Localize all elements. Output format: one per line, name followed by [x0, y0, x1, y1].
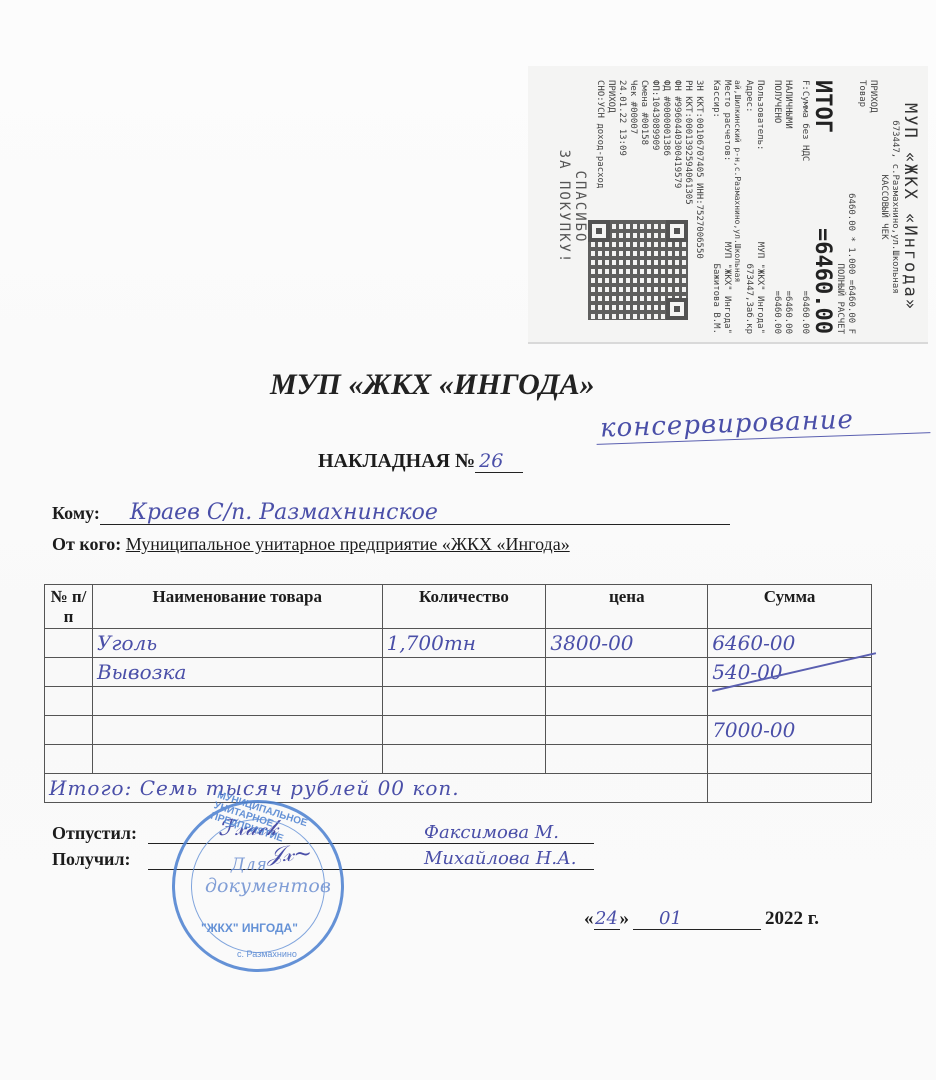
receipt-received-row: ПОЛУЧЕНО =6460.00 [771, 80, 782, 334]
receipt-received-value: =6460.00 [771, 291, 782, 334]
cell-sum [708, 687, 872, 716]
sender-label: От кого: [52, 534, 121, 554]
table-row [45, 745, 872, 774]
total-in-words: Итого: Семь тысяч рублей 00 коп. [49, 776, 460, 800]
total-words-cell: Итого: Семь тысяч рублей 00 коп. [45, 774, 708, 803]
cell-price-value: 3800-00 [550, 631, 633, 655]
receipt-addr-value: 673447,Заб.кр [743, 264, 754, 334]
receipt-received-label: ПОЛУЧЕНО [771, 80, 782, 123]
receipt-user-label: Пользователь: [754, 80, 765, 150]
received-by-name: Михайлова Н.А. [418, 848, 594, 870]
col-item-name: Наименование товара [92, 585, 382, 629]
receipt-item-label: Товар [856, 80, 867, 334]
total-words-row: Итого: Семь тысяч рублей 00 коп. [45, 774, 872, 803]
sender-value: Муниципальное унитарное предприятие «ЖКХ… [126, 534, 570, 554]
receipt-total-value: =6460.00 [810, 228, 834, 334]
table-row [45, 687, 872, 716]
receipt-org: МУП «ЖКХ «Ингода» [900, 80, 920, 334]
receipt-thanks-2: ЗА ПОКУПКУ! [556, 80, 572, 334]
receipt-cash-value: =6460.00 [782, 291, 793, 334]
receipt-thanks-1: СПАСИБО [572, 80, 588, 334]
recipient-field: Кому:Краев С/п. Размахнинское [52, 502, 730, 525]
receipt-place-label: Место расчетов: [721, 80, 732, 161]
organization-stamp: МУНИЦИПАЛЬНОЕ УНИТАРНОЕ ПРЕДПРИЯТИЕ Для … [172, 800, 344, 972]
receipt-user-value: МУП "ЖКХ" Ингода" [754, 242, 765, 334]
receipt-reg-line: ЗН ККТ:00106707405 ИНН:7527006550 [693, 80, 704, 334]
sender-field: От кого: Муниципальное унитарное предпри… [52, 534, 570, 555]
receipt-cashier-label: Кассир: [710, 80, 721, 118]
cell-item-name [92, 687, 382, 716]
receipt-vat-value: =6460.00 [799, 291, 810, 334]
receipt-cash-label: НАЛИЧНЫМИ [782, 80, 793, 129]
received-by-label: Получил: [52, 849, 148, 870]
cell-item-name [92, 716, 382, 745]
col-quantity: Количество [382, 585, 546, 629]
cell-item-name: Вывозка [92, 658, 382, 687]
cell-quantity: 1,700тн [382, 629, 546, 658]
date-month: 01 [633, 908, 761, 930]
receipt-payment-mode: ПОЛНЫЙ РАСЧЕТ [834, 80, 845, 334]
stamp-org-name: "ЖКХ" ИНГОДА" [201, 921, 298, 935]
cell-number [45, 629, 93, 658]
stamp-center-2: документов [205, 875, 331, 897]
receipt-total-label: ИТОГ [810, 80, 834, 133]
receipt-cashier-row: Кассир: Бажитова В.М. [710, 80, 721, 334]
receipt-addr-line2: ай,Шилкинский р-н,с.Размахнино,ул.Школьн… [732, 80, 743, 334]
receipt-addr-row: Адрес: 673447,Заб.кр [743, 80, 754, 334]
goods-table: № п/п Наименование товара Количество цен… [44, 584, 872, 803]
col-price: цена [546, 585, 708, 629]
table-row: 7000-00 [45, 716, 872, 745]
cell-sum: 6460-00 [708, 629, 872, 658]
invoice-title: НАКЛАДНАЯ №26 [318, 450, 523, 473]
receipt-address: 673447, с.Размахнино,ул.Школьная [889, 80, 900, 334]
cell-number [45, 745, 93, 774]
receipt-place-row: Место расчетов: МУП "ЖКХ" Ингода" [721, 80, 732, 334]
invoice-date: «24»012022 г. [584, 908, 819, 930]
cell-quantity-value: 1,700тн [387, 631, 476, 655]
recipient-value: Краев С/п. Размахнинское [100, 502, 730, 525]
cell-quantity [382, 745, 546, 774]
cash-receipt: МУП «ЖКХ «Ингода» 673447, с.Размахнино,у… [528, 66, 928, 344]
receipt-user-row: Пользователь: МУП "ЖКХ" Ингода" [754, 80, 765, 334]
cell-item-name [92, 745, 382, 774]
cell-sum-value: 6460-00 [712, 631, 795, 655]
cell-sum-value: 7000-00 [712, 718, 795, 742]
released-by-name: Факсимова М. [418, 822, 594, 844]
cell-quantity [382, 716, 546, 745]
receipt-content: МУП «ЖКХ «Ингода» 673447, с.Размахнино,у… [528, 66, 928, 344]
receipt-cashier-value: Бажитова В.М. [710, 264, 721, 334]
receipt-cash-row: НАЛИЧНЫМИ =6460.00 [782, 80, 793, 334]
receipt-item-calc: 6460.00 * 1.000 =6460.00 F [845, 80, 856, 334]
table-row: Уголь1,700тн3800-006460-00 [45, 629, 872, 658]
cell-sum: 7000-00 [708, 716, 872, 745]
receipt-addr-label: Адрес: [743, 80, 754, 113]
table-header-row: № п/п Наименование товара Количество цен… [45, 585, 872, 629]
cell-sum [708, 774, 872, 803]
org-title: МУП «ЖКХ «ИНГОДА» [270, 368, 595, 402]
receipt-operation: ПРИХОД [867, 80, 878, 334]
receipt-qr-code [588, 220, 688, 320]
receipt-vat-label: F:Сумма без НДС [799, 80, 810, 161]
cell-price: 3800-00 [546, 629, 708, 658]
cell-price [546, 687, 708, 716]
stamp-center-1: Для [231, 855, 267, 875]
cell-sum [708, 745, 872, 774]
receipt-total-row: ИТОГ =6460.00 [810, 80, 834, 334]
cell-sum-value: 540-00 [712, 660, 782, 684]
cell-price [546, 658, 708, 687]
cell-price [546, 716, 708, 745]
stamp-place: с. Размахнино [237, 949, 297, 959]
invoice-number: 26 [475, 450, 523, 473]
receipt-doc-type: КАССОВЫЙ ЧЕК [878, 80, 889, 334]
date-year: 2022 г. [765, 908, 819, 930]
date-day: 24 [594, 908, 620, 930]
released-by-label: Отпустил: [52, 823, 148, 844]
cell-item-name-value: Вывозка [97, 660, 186, 684]
cell-item-name-value: Уголь [97, 631, 157, 655]
cell-quantity [382, 687, 546, 716]
cell-quantity [382, 658, 546, 687]
col-number: № п/п [45, 585, 93, 629]
col-sum: Сумма [708, 585, 872, 629]
cell-number [45, 658, 93, 687]
cell-number [45, 716, 93, 745]
recipient-label: Кому: [52, 503, 100, 523]
cell-number [45, 687, 93, 716]
receipt-place-value: МУП "ЖКХ" Ингода" [721, 242, 732, 334]
cell-item-name: Уголь [92, 629, 382, 658]
receipt-vat-row: F:Сумма без НДС =6460.00 [799, 80, 810, 334]
invoice-title-label: НАКЛАДНАЯ № [318, 450, 475, 472]
cell-price [546, 745, 708, 774]
